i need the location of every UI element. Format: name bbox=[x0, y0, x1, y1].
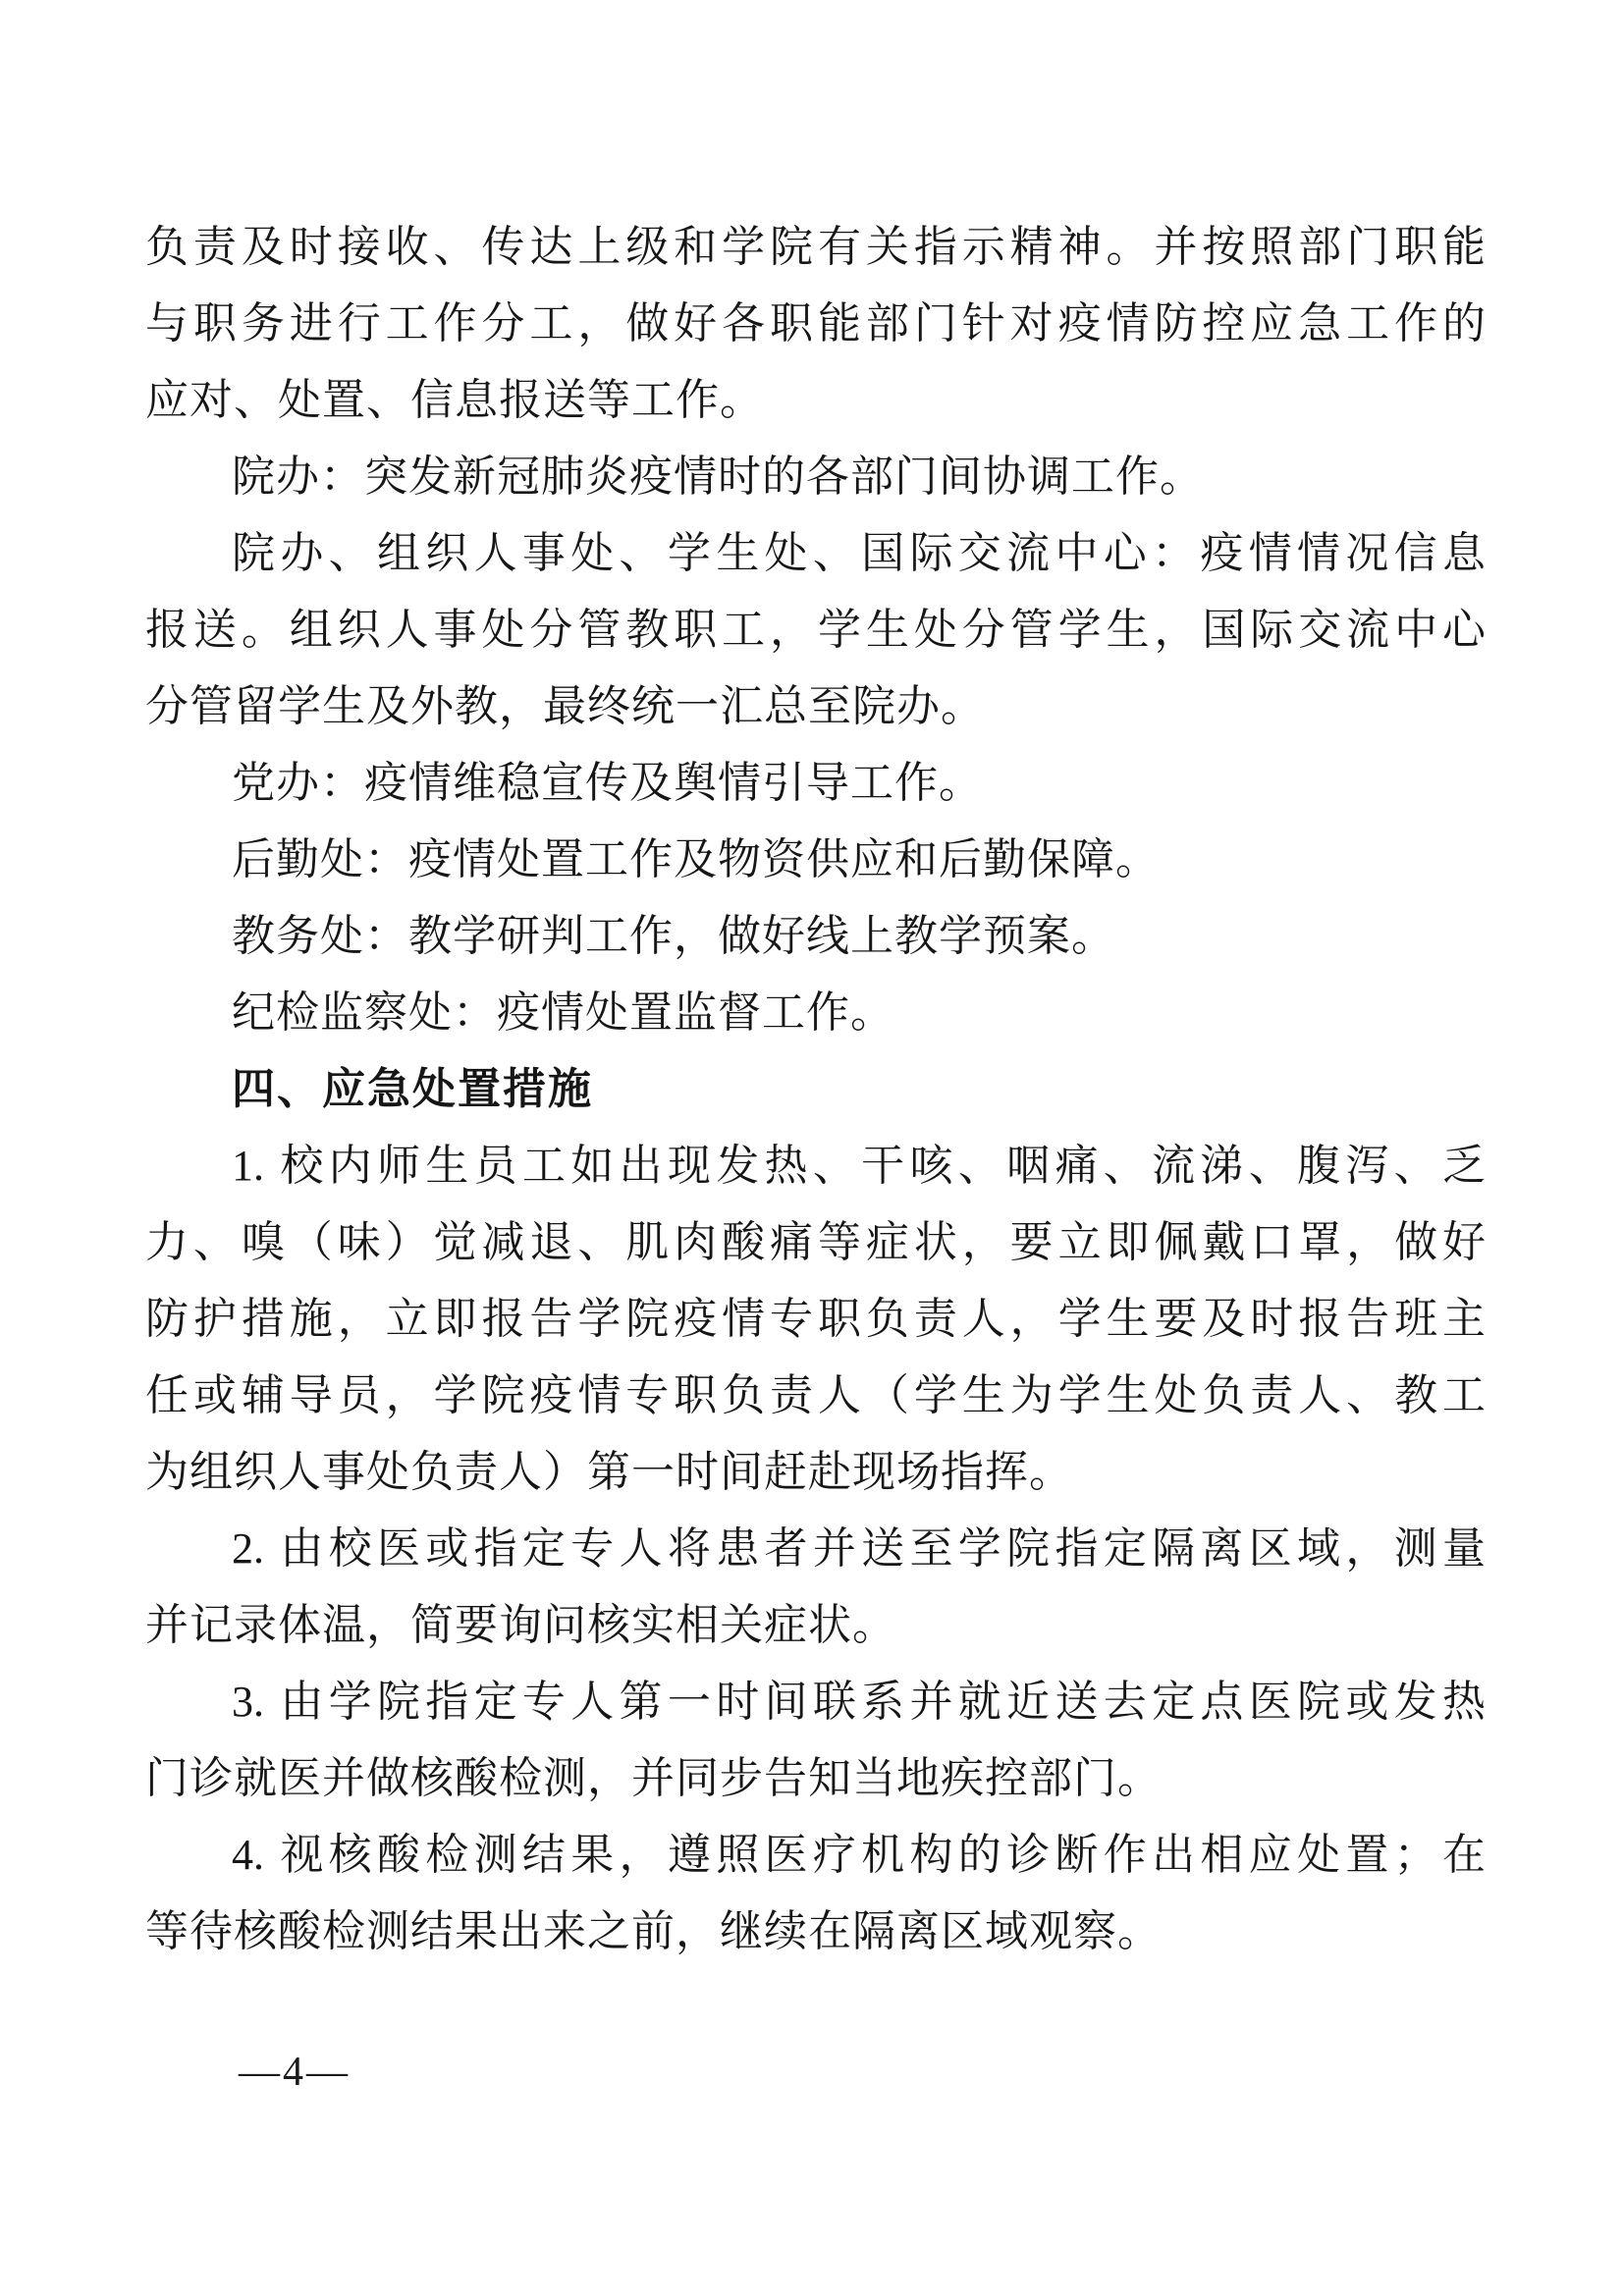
text-line: 等待核酸检测结果出来之前，继续在隔离区域观察。 bbox=[145, 1894, 1486, 1970]
text-line: 负责及时接收、传达上级和学院有关指示精神。并按照部门职能 bbox=[145, 209, 1486, 286]
text-line: 院办：突发新冠肺炎疫情时的各部门间协调工作。 bbox=[145, 439, 1486, 515]
text-line: 3. 由学院指定专人第一时间联系并就近送去定点医院或发热 bbox=[145, 1664, 1486, 1740]
text-line: 应对、处置、信息报送等工作。 bbox=[145, 362, 1486, 439]
text-line: 并记录体温，简要询问核实相关症状。 bbox=[145, 1587, 1486, 1664]
text-line: 2. 由校医或指定专人将患者并送至学院指定隔离区域，测量 bbox=[145, 1511, 1486, 1587]
document-page: 负责及时接收、传达上级和学院有关指示精神。并按照部门职能与职务进行工作分工，做好… bbox=[0, 0, 1623, 2296]
text-line: 与职务进行工作分工，做好各职能部门针对疫情防控应急工作的 bbox=[145, 286, 1486, 362]
text-line: 纪检监察处：疫情处置监督工作。 bbox=[145, 975, 1486, 1051]
text-line: 报送。组织人事处分管教职工，学生处分管学生，国际交流中心 bbox=[145, 592, 1486, 668]
text-line: 院办、组织人事处、学生处、国际交流中心：疫情情况信息 bbox=[145, 515, 1486, 592]
text-line: 教务处：教学研判工作，做好线上教学预案。 bbox=[145, 898, 1486, 975]
text-line: 后勤处：疫情处置工作及物资供应和后勤保障。 bbox=[145, 822, 1486, 898]
text-line: 1. 校内师生员工如出现发热、干咳、咽痛、流涕、腹泻、乏 bbox=[145, 1128, 1486, 1204]
text-line: 任或辅导员，学院疫情专职负责人（学生为学生处负责人、教工 bbox=[145, 1358, 1486, 1434]
text-block: 负责及时接收、传达上级和学院有关指示精神。并按照部门职能与职务进行工作分工，做好… bbox=[145, 209, 1486, 1970]
page-number: —4— bbox=[239, 2048, 351, 2097]
text-line: 党办：疫情维稳宣传及舆情引导工作。 bbox=[145, 745, 1486, 822]
text-line: 力、嗅（味）觉减退、肌肉酸痛等症状，要立即佩戴口罩，做好 bbox=[145, 1204, 1486, 1281]
text-line: 门诊就医并做核酸检测，并同步告知当地疾控部门。 bbox=[145, 1740, 1486, 1817]
text-line: 为组织人事处负责人）第一时间赶赴现场指挥。 bbox=[145, 1434, 1486, 1511]
section-heading: 四、应急处置措施 bbox=[145, 1051, 1486, 1128]
text-line: 防护措施，立即报告学院疫情专职负责人，学生要及时报告班主 bbox=[145, 1281, 1486, 1358]
text-line: 分管留学生及外教，最终统一汇总至院办。 bbox=[145, 668, 1486, 745]
text-line: 4. 视核酸检测结果，遵照医疗机构的诊断作出相应处置；在 bbox=[145, 1817, 1486, 1894]
